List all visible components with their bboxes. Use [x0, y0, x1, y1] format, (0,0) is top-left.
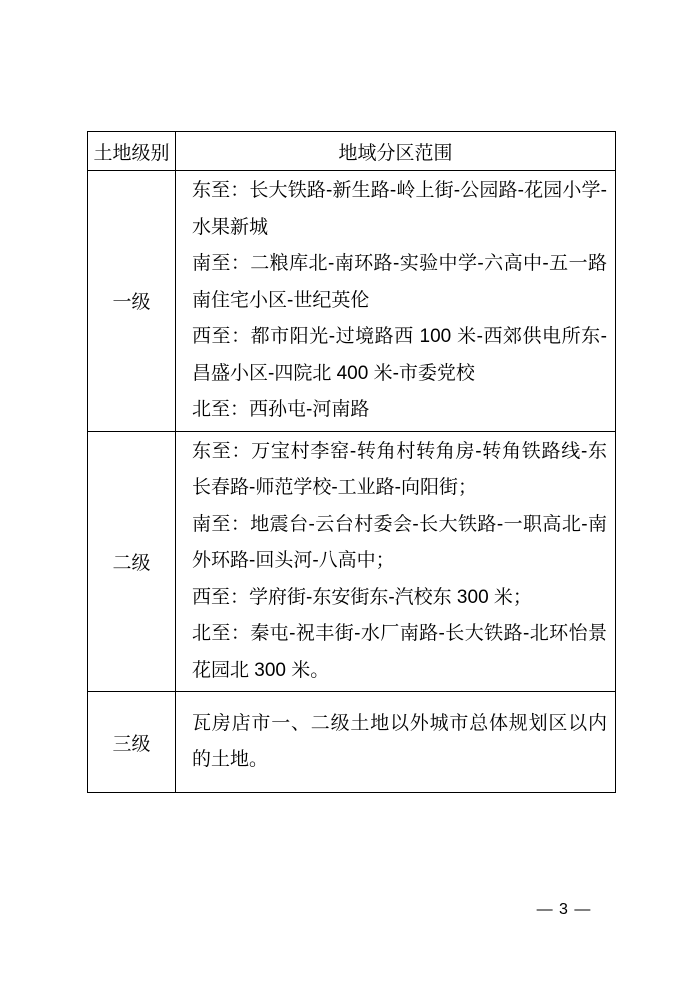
grade-label-2: 二级 [88, 431, 176, 692]
range-south: 南至：地震台-云台村委会-长大铁路-一职高北-南外环路-回头河-八高中； [192, 507, 607, 580]
range-west: 西至：学府街-东安街东-汽校东 300 米； [192, 580, 607, 617]
table-header-row: 土地级别 地域分区范围 [88, 132, 616, 171]
range-east: 东至：长大铁路-新生路-岭上街-公园路-花园小学-水果新城 [192, 173, 607, 246]
range-north: 北至：秦屯-祝丰街-水厂南路-长大铁路-北环怡景花园北 300 米。 [192, 616, 607, 689]
range-description: 瓦房店市一、二级土地以外城市总体规划区以内的土地。 [192, 706, 607, 779]
page-number: — 3 — [528, 901, 600, 919]
grade-label-1: 一级 [88, 171, 176, 432]
range-north: 北至：西孙屯-河南路 [192, 392, 607, 429]
header-cell-land-grade: 土地级别 [88, 132, 176, 171]
table-row-grade-2: 二级 东至：万宝村李窑-转角村转角房-转角铁路线-东长春路-师范学校-工业路-向… [88, 431, 616, 692]
range-cell-grade-1: 东至：长大铁路-新生路-岭上街-公园路-花园小学-水果新城 南至：二粮库北-南环… [176, 171, 616, 432]
range-south: 南至：二粮库北-南环路-实验中学-六高中-五一路南住宅小区-世纪英伦 [192, 246, 607, 319]
range-cell-grade-2: 东至：万宝村李窑-转角村转角房-转角铁路线-东长春路-师范学校-工业路-向阳街；… [176, 431, 616, 692]
document-page: 土地级别 地域分区范围 一级 东至：长大铁路-新生路-岭上街-公园路-花园小学-… [0, 0, 700, 990]
header-cell-zone-range: 地域分区范围 [176, 132, 616, 171]
range-west: 西至：都市阳光-过境路西 100 米-西郊供电所东-昌盛小区-四院北 400 米… [192, 319, 607, 392]
grade-label-3: 三级 [88, 692, 176, 793]
range-east: 东至：万宝村李窑-转角村转角房-转角铁路线-东长春路-师范学校-工业路-向阳街； [192, 434, 607, 507]
range-cell-grade-3: 瓦房店市一、二级土地以外城市总体规划区以内的土地。 [176, 692, 616, 793]
table-row-grade-3: 三级 瓦房店市一、二级土地以外城市总体规划区以内的土地。 [88, 692, 616, 793]
table-row-grade-1: 一级 东至：长大铁路-新生路-岭上街-公园路-花园小学-水果新城 南至：二粮库北… [88, 171, 616, 432]
land-grade-table: 土地级别 地域分区范围 一级 东至：长大铁路-新生路-岭上街-公园路-花园小学-… [87, 131, 616, 793]
